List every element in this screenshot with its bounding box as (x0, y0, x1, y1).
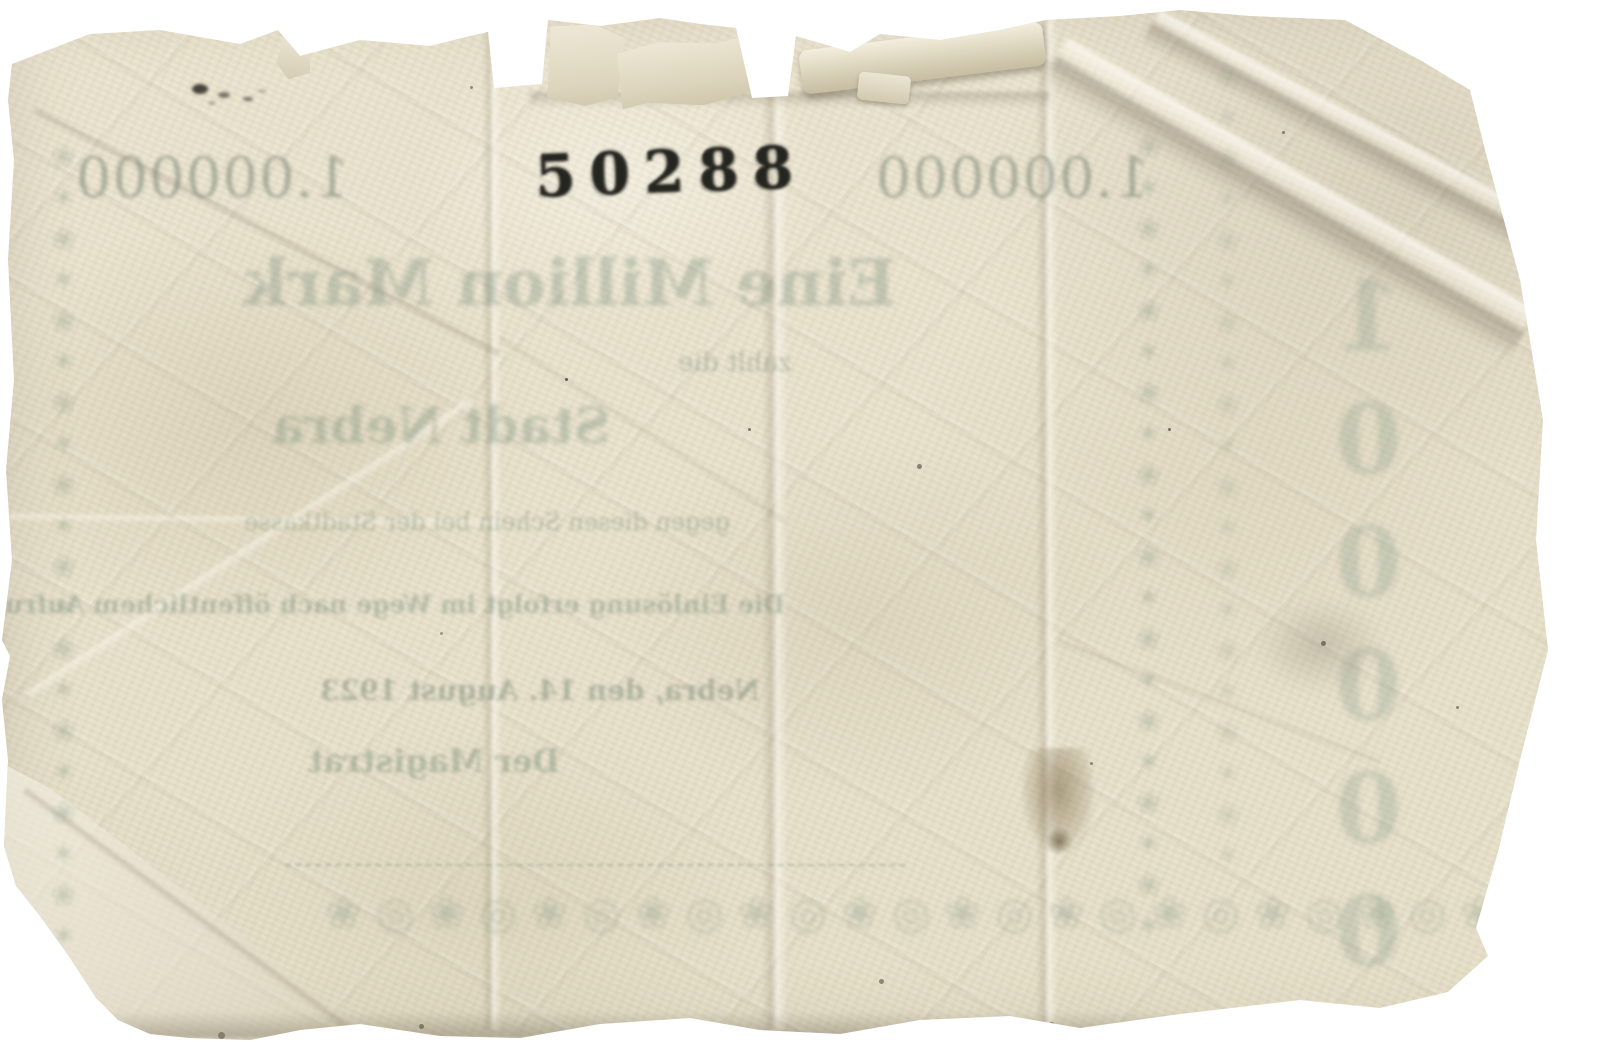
fold-line-bottom-left (21, 788, 371, 1042)
serial-number-left: 1.000000 (150, 146, 350, 211)
ornament-chain-right: ❀✶❀✶❀✶❀✶❀✶❀✶❀✶❀✶❀✶❀✶ (1210, 60, 1245, 990)
denomination-line: Eine Million Mark (230, 246, 910, 321)
crease-shadow-topright-2 (1139, 22, 1565, 275)
torn-flap-left (542, 21, 626, 108)
ornament-rule-line (285, 864, 905, 866)
torn-flap-small (857, 71, 912, 104)
crease-bottomright (1058, 640, 1380, 765)
ink-smudge-top-left (192, 84, 208, 94)
banknote-paper: 1.000000 1.000000 Eine Million Mark zahl… (0, 0, 1600, 1042)
fold-line-left (482, 20, 502, 1030)
crease-left-upper (32, 108, 500, 359)
torn-flap-middle (616, 34, 759, 109)
torn-flap-far-left (275, 32, 315, 82)
crease-highlight-topright-2 (1151, 10, 1558, 242)
crease-shadow-topright-1 (1039, 56, 1524, 361)
crease-left-lower (26, 398, 475, 700)
crease-center (497, 336, 786, 525)
signature-line: Der Magistrat (330, 742, 560, 780)
ornament-chain-middle: ❀✶❀✶❀✶❀✶❀✶❀✶❀✶❀✶❀✶❀✶ (1131, 130, 1166, 960)
folded-corner-bottom-left (0, 756, 380, 1042)
date-line: Nebra, den 14. August 1923 (290, 674, 790, 707)
vertical-denomination-digits: 1000000 (1312, 260, 1425, 1020)
scanner-bed: 1.000000 1.000000 Eine Million Mark zahl… (0, 0, 1600, 1042)
ornament-chain-left: ❀✶❀✶❀✶❀✶❀✶❀✶❀✶❀✶❀✶❀✶ (46, 140, 81, 720)
crease-highlight-topright-1 (1055, 38, 1535, 332)
stamp-number: 50288 (534, 134, 776, 210)
stain-gray (1255, 598, 1385, 693)
flap-cast-shadow (530, 92, 1050, 108)
stain-brown (1022, 748, 1094, 852)
torn-flap-rolled (798, 21, 1047, 95)
issuer-line: Stadt Nebra (350, 396, 610, 455)
fold-line-right (1036, 20, 1058, 1030)
body-line-2: Die Einlösung erfolgt im Wege nach öffen… (265, 590, 785, 619)
dirt-specks (565, 378, 568, 381)
crease-horizontal (10, 514, 500, 528)
ornament-band-bottom: ◎❀◎❀◎❀◎❀◎❀◎❀◎❀◎❀◎❀◎❀◎❀◎❀ (50, 888, 1550, 939)
